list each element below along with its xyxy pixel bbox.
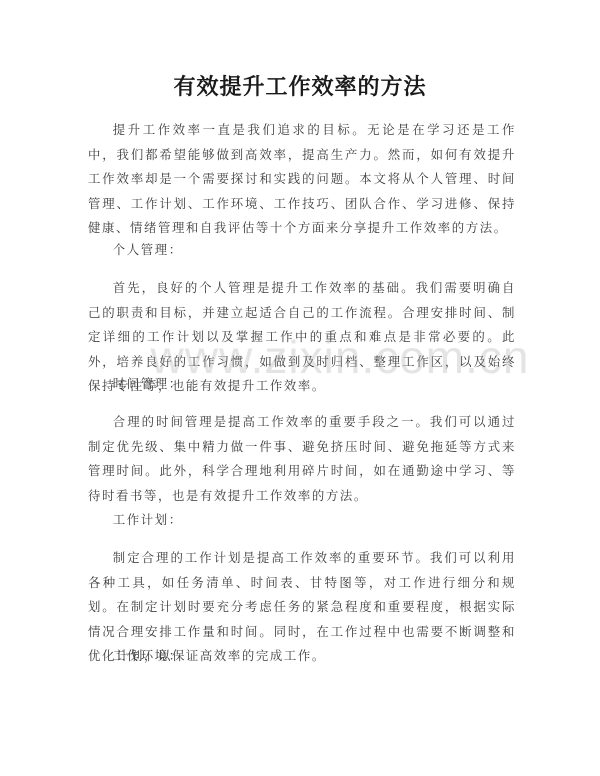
document-page: 有效提升工作效率的方法 提升工作效率一直是我们追求的目标。无论是在学习还是工作中… [0,0,600,776]
intro-paragraph: 提升工作效率一直是我们追求的目标。无论是在学习还是工作中，我们都希望能够做到高效… [88,118,516,241]
section-heading: 个人管理： [88,238,516,263]
section-time-management: 时间管理： [88,372,516,397]
intro-paragraph-block: 提升工作效率一直是我们追求的目标。无论是在学习还是工作中，我们都希望能够做到高效… [88,118,516,241]
section-heading: 工作计划： [88,508,516,533]
section-work-plan: 工作计划： [88,508,516,533]
time-management-body: 合理的时间管理是提高工作效率的重要手段之一。我们可以通过制定优先级、集中精力做一… [88,410,516,508]
paragraph: 合理的时间管理是提高工作效率的重要手段之一。我们可以通过制定优先级、集中精力做一… [88,410,516,508]
section-heading: 工作环境： [88,644,516,669]
document-title: 有效提升工作效率的方法 [0,70,600,101]
section-work-environment: 工作环境： [88,644,516,669]
section-personal-management: 个人管理： [88,238,516,263]
section-heading: 时间管理： [88,372,516,397]
